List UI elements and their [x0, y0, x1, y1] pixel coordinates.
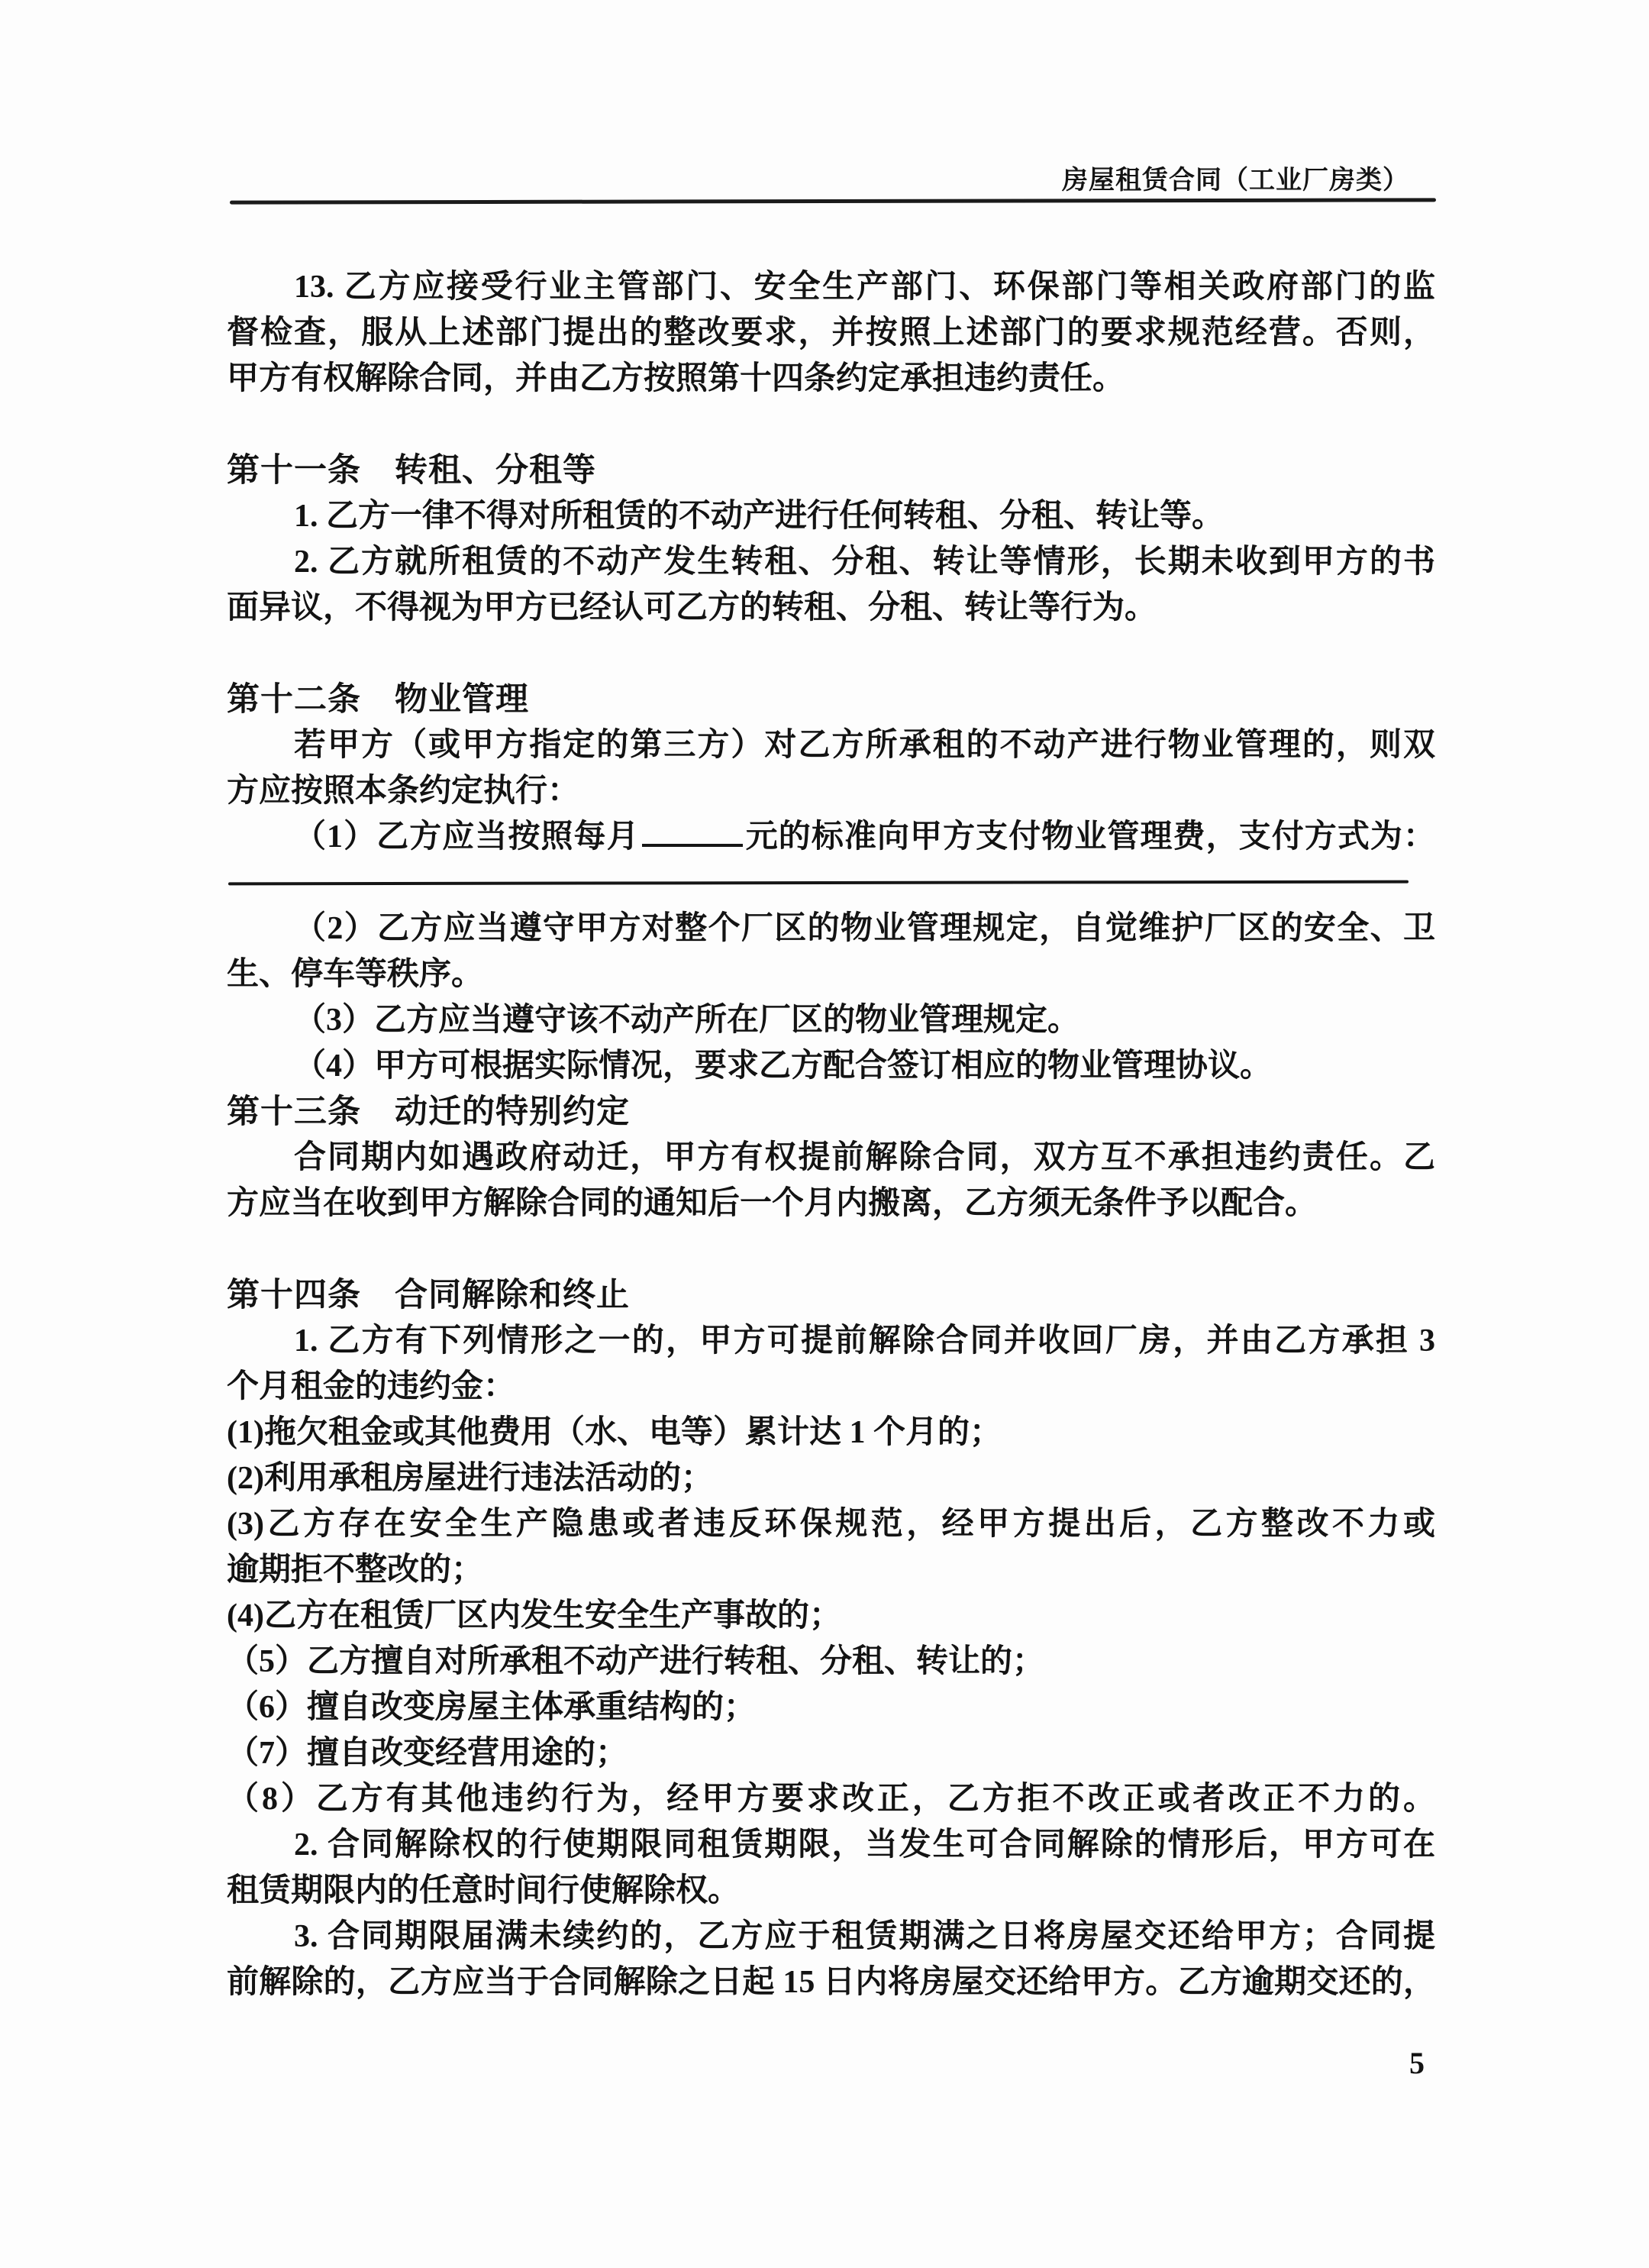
article-14-list-item-2: (2)利用承租房屋进行违法活动的； [227, 1455, 1435, 1501]
article-14-list-item-3: (3)乙方存在安全生产隐患或者违反环保规范，经甲方提出后，乙方整改不力或 逾期拒… [227, 1501, 1435, 1593]
text-line: （2）乙方应当遵守甲方对整个厂区的物业管理规定，自觉维护厂区的安全、卫 [227, 906, 1435, 951]
article-12-item-4: （4）甲方可根据实际情况，要求乙方配合签订相应的物业管理协议。 [227, 1043, 1435, 1089]
text-line: 面异议，不得视为甲方已经认可乙方的转租、分租、转让等行为。 [227, 585, 1435, 631]
article-14-section: 第十四条合同解除和终止 1. 乙方有下列情形之一的，甲方可提前解除合同并收回厂房… [227, 1272, 1435, 2005]
text-line: 前解除的，乙方应当于合同解除之日起 15 日内将房屋交还给甲方。乙方逾期交还的， [227, 1959, 1435, 2005]
text-line: (3)乙方存在安全生产隐患或者违反环保规范，经甲方提出后，乙方整改不力或 [227, 1501, 1435, 1547]
article-number: 第十二条 [227, 681, 361, 718]
article-title: 转租、分租等 [395, 452, 596, 489]
text-line: 2. 合同解除权的行使期限同租赁期限，当发生可合同解除的情形后，甲方可在 [227, 1822, 1435, 1868]
article-13-heading: 第十三条动迁的特别约定 [227, 1089, 1435, 1135]
article-12-item-3: （3）乙方应当遵守该不动产所在厂区的物业管理规定。 [227, 997, 1435, 1043]
article-title: 动迁的特别约定 [395, 1094, 630, 1130]
text-line: 个月租金的违约金： [227, 1364, 1435, 1410]
text-line: 2. 乙方就所租赁的不动产发生转租、分租、转让等情形，长期未收到甲方的书 [227, 539, 1435, 585]
document-header-title: 房屋租赁合同（工业厂房类） [1062, 159, 1409, 196]
fill-in-blank-monthly-fee [642, 821, 743, 847]
text-line: 若甲方（或甲方指定的第三方）对乙方所承租的不动产进行物业管理的，则双 [227, 722, 1435, 768]
text-line: （4）甲方可根据实际情况，要求乙方配合签订相应的物业管理协议。 [227, 1043, 1435, 1089]
text-line: 逾期拒不整改的； [227, 1547, 1435, 1593]
text-line: (1)拖欠租金或其他费用（水、电等）累计达 1 个月的； [227, 1410, 1435, 1455]
fill-in-line-payment-method [227, 860, 1435, 906]
article-14-clause-1: 1. 乙方有下列情形之一的，甲方可提前解除合同并收回厂房，并由乙方承担 3 个月… [227, 1318, 1435, 1410]
article-number: 第十四条 [227, 1277, 361, 1313]
text-line: 方应按照本条约定执行： [227, 768, 1435, 814]
article-number: 第十一条 [227, 452, 361, 489]
clause-13-paragraph: 13. 乙方应接受行业主管部门、安全生产部门、环保部门等相关政府部门的监 督检查… [227, 264, 1435, 402]
text-line: 1. 乙方有下列情形之一的，甲方可提前解除合同并收回厂房，并由乙方承担 3 [227, 1318, 1435, 1364]
article-11-section: 第十一条转租、分租等 1. 乙方一律不得对所租赁的不动产进行任何转租、分租、转让… [227, 447, 1435, 631]
document-page: 房屋租赁合同（工业厂房类） 13. 乙方应接受行业主管部门、安全生产部门、环保部… [0, 0, 1649, 2268]
text-line: 3. 合同期限届满未续约的，乙方应于租赁期满之日将房屋交还给甲方；合同提 [227, 1914, 1435, 1959]
text-line: 合同期内如遇政府动迁，甲方有权提前解除合同，双方互不承担违约责任。乙 [227, 1135, 1435, 1181]
text-line: （7）擅自改变经营用途的； [227, 1730, 1435, 1776]
text-line: 13. 乙方应接受行业主管部门、安全生产部门、环保部门等相关政府部门的监 [227, 264, 1435, 310]
article-14-clause-2: 2. 合同解除权的行使期限同租赁期限，当发生可合同解除的情形后，甲方可在 租赁期… [227, 1822, 1435, 1914]
text-line: （3）乙方应当遵守该不动产所在厂区的物业管理规定。 [227, 997, 1435, 1043]
article-12-section: 第十二条物业管理 若甲方（或甲方指定的第三方）对乙方所承租的不动产进行物业管理的… [227, 677, 1435, 1089]
article-14-list-item-7: （7）擅自改变经营用途的； [227, 1730, 1435, 1776]
article-14-list-item-1: (1)拖欠租金或其他费用（水、电等）累计达 1 个月的； [227, 1410, 1435, 1455]
header-rule [230, 198, 1436, 204]
article-14-list-item-4: (4)乙方在租赁厂区内发生安全生产事故的； [227, 1593, 1435, 1639]
text-line: 生、停车等秩序。 [227, 951, 1435, 997]
article-title: 合同解除和终止 [395, 1277, 630, 1313]
text-line: 1. 乙方一律不得对所租赁的不动产进行任何转租、分租、转让等。 [227, 493, 1435, 539]
article-14-list-item-8: （8）乙方有其他违约行为，经甲方要求改正，乙方拒不改正或者改正不力的。 [227, 1776, 1435, 1822]
text-line: 方应当在收到甲方解除合同的通知后一个月内搬离，乙方须无条件予以配合。 [227, 1181, 1435, 1226]
article-13-section: 第十三条动迁的特别约定 合同期内如遇政府动迁，甲方有权提前解除合同，双方互不承担… [227, 1089, 1435, 1226]
text-line: 甲方有权解除合同，并由乙方按照第十四条约定承担违约责任。 [227, 356, 1435, 402]
article-12-item-2: （2）乙方应当遵守甲方对整个厂区的物业管理规定，自觉维护厂区的安全、卫 生、停车… [227, 906, 1435, 997]
text-line: 督检查，服从上述部门提出的整改要求，并按照上述部门的要求规范经营。否则， [227, 310, 1435, 356]
article-14-clause-3: 3. 合同期限届满未续约的，乙方应于租赁期满之日将房屋交还给甲方；合同提 前解除… [227, 1914, 1435, 2005]
article-11-heading: 第十一条转租、分租等 [227, 447, 1435, 493]
article-title: 物业管理 [395, 681, 529, 718]
text-line: (4)乙方在租赁厂区内发生安全生产事故的； [227, 1593, 1435, 1639]
text-line: 租赁期限内的任意时间行使解除权。 [227, 1868, 1435, 1914]
page-number: 5 [1409, 2045, 1425, 2081]
article-12-intro: 若甲方（或甲方指定的第三方）对乙方所承租的不动产进行物业管理的，则双 方应按照本… [227, 722, 1435, 814]
item-text-before-blank: （1）乙方应当按照每月 [294, 819, 640, 855]
article-12-item-1: （1）乙方应当按照每月元的标准向甲方支付物业管理费，支付方式为： [227, 814, 1435, 860]
text-line: (2)利用承租房屋进行违法活动的； [227, 1455, 1435, 1501]
article-14-list-item-6: （6）擅自改变房屋主体承重结构的； [227, 1685, 1435, 1730]
text-line: （1）乙方应当按照每月元的标准向甲方支付物业管理费，支付方式为： [227, 814, 1435, 860]
document-body: 13. 乙方应接受行业主管部门、安全生产部门、环保部门等相关政府部门的监 督检查… [227, 264, 1435, 2005]
item-text-after-blank: 元的标准向甲方支付物业管理费，支付方式为： [745, 819, 1435, 855]
text-line: （8）乙方有其他违约行为，经甲方要求改正，乙方拒不改正或者改正不力的。 [227, 1776, 1435, 1822]
text-line: （5）乙方擅自对所承租不动产进行转租、分租、转让的； [227, 1639, 1435, 1685]
fill-in-underline [228, 880, 1409, 886]
article-14-heading: 第十四条合同解除和终止 [227, 1272, 1435, 1318]
text-line: （6）擅自改变房屋主体承重结构的； [227, 1685, 1435, 1730]
article-11-item-1: 1. 乙方一律不得对所租赁的不动产进行任何转租、分租、转让等。 [227, 493, 1435, 539]
article-12-heading: 第十二条物业管理 [227, 677, 1435, 722]
article-14-list-item-5: （5）乙方擅自对所承租不动产进行转租、分租、转让的； [227, 1639, 1435, 1685]
article-11-item-2: 2. 乙方就所租赁的不动产发生转租、分租、转让等情形，长期未收到甲方的书 面异议… [227, 539, 1435, 631]
article-number: 第十三条 [227, 1094, 361, 1130]
article-13-intro: 合同期内如遇政府动迁，甲方有权提前解除合同，双方互不承担违约责任。乙 方应当在收… [227, 1135, 1435, 1226]
